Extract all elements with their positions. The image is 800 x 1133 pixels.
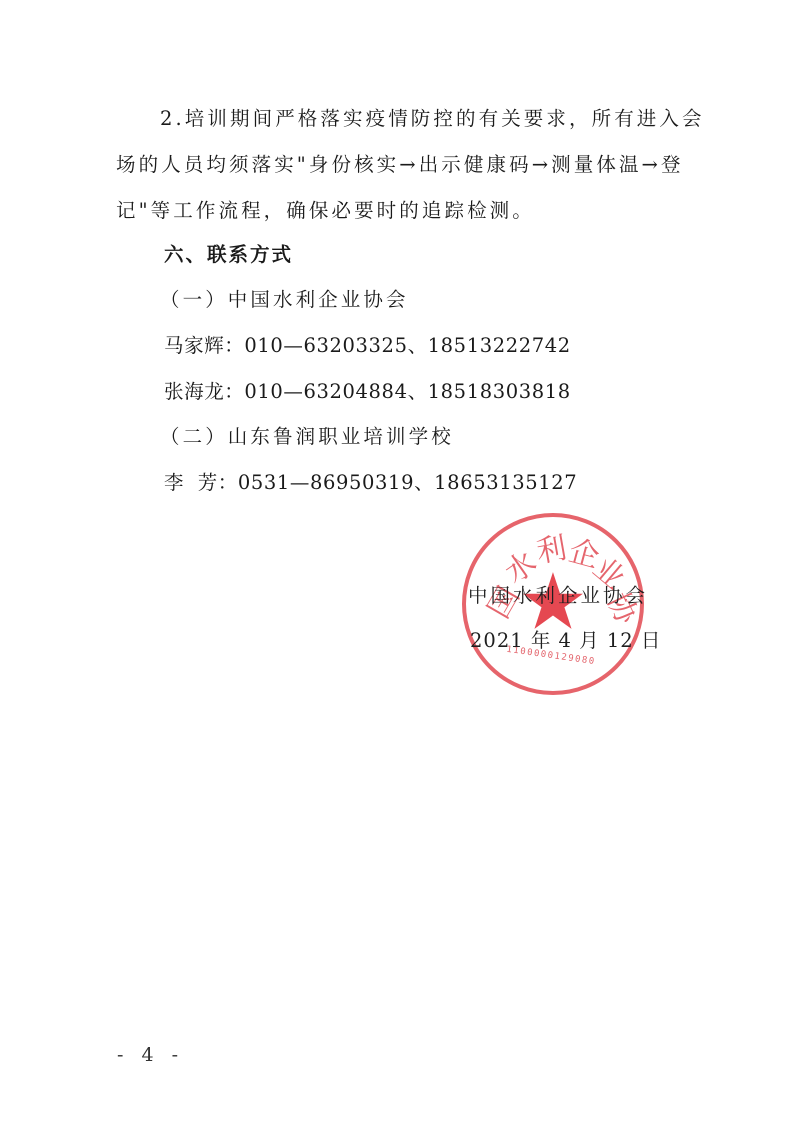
paragraph-2-line-3: 记"等工作流程，确保必要时的追踪检测。 (116, 195, 535, 223)
page-number: - 4 - (117, 1044, 184, 1066)
contact-org-2: （二）山东鲁润职业培训学校 (160, 421, 454, 449)
contact-org-1: （一）中国水利企业协会 (160, 284, 409, 312)
signature-date: 2021 年 4 月 12 日 (470, 625, 661, 653)
section-heading: 六、联系方式 (164, 239, 293, 267)
contact-person: 李 芳：0531—86950319、18653135127 (164, 467, 577, 495)
signature-org: 中国水利企业协会 (468, 580, 648, 608)
paragraph-2-line-1: 2.培训期间严格落实疫情防控的有关要求，所有进入会 (160, 103, 705, 131)
paragraph-2-line-2: 场的人员均须落实"身份核实→出示健康码→测量体温→登 (116, 149, 684, 177)
contact-person: 张海龙：010—63204884、18518303818 (164, 376, 571, 404)
contact-person: 马家辉：010—63203325、18513222742 (164, 330, 571, 358)
